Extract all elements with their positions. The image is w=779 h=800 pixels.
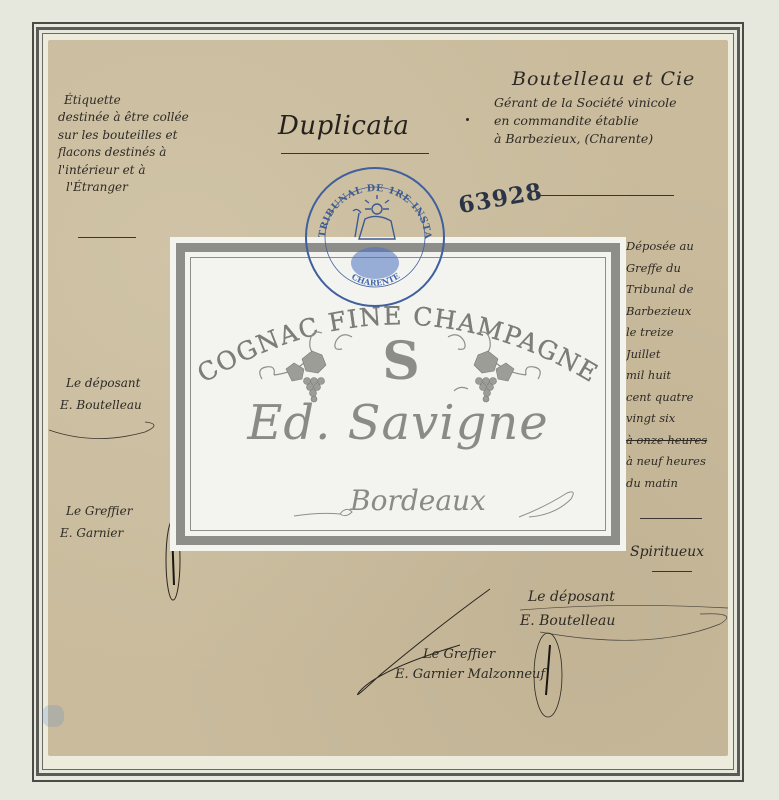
title-underline: [281, 153, 429, 154]
record-line: Juillet: [626, 344, 707, 366]
record-line: vingt six: [626, 408, 707, 430]
record-line: à onze heures: [626, 430, 707, 452]
record-line: Barbezieux: [626, 301, 707, 323]
underline: [536, 195, 674, 196]
ink-smudge: [42, 705, 64, 727]
deposit-record-note: Déposée au Greffe du Tribunal de Barbezi…: [626, 236, 707, 494]
signature-flourish: [45, 420, 165, 450]
company-line: en commandite établie: [494, 112, 695, 130]
duplicata-title: Duplicata: [278, 108, 409, 146]
company-name: Boutelleau et Cie: [494, 66, 695, 94]
label-purpose-note: Étiquette destinée à être collée sur les…: [58, 92, 218, 196]
company-line: Gérant de la Société vinicole: [494, 94, 695, 112]
note-line: l'Étranger: [58, 179, 218, 196]
underline: [78, 237, 136, 238]
record-line: du matin: [626, 473, 707, 495]
dot: [466, 118, 469, 121]
record-line: cent quatre: [626, 387, 707, 409]
depositor-company-note: Boutelleau et Cie Gérant de la Société v…: [494, 66, 695, 148]
note-line: l'intérieur et à: [58, 162, 218, 179]
signature-name: E. Boutelleau: [60, 394, 142, 416]
signature-paraph: [340, 585, 580, 725]
flourish-right: [515, 487, 585, 527]
record-line: Déposée au: [626, 236, 707, 258]
note-line: flacons destinés à: [58, 144, 218, 161]
company-line: à Barbezieux, (Charente): [494, 130, 695, 148]
flourish-left: [290, 502, 410, 522]
note-line: Étiquette: [58, 92, 218, 109]
underline: [652, 571, 692, 572]
underline: [640, 518, 702, 519]
signature-name: E. Garnier: [60, 522, 133, 544]
signature-role: Le Greffier: [60, 500, 133, 522]
left-depositor-signature: Le déposant E. Boutelleau: [60, 372, 142, 416]
signature-role: Le déposant: [60, 372, 142, 394]
note-line: destinée à être collée: [58, 109, 218, 126]
record-line: mil huit: [626, 365, 707, 387]
left-clerk-signature: Le Greffier E. Garnier: [60, 500, 133, 544]
monogram: S: [378, 332, 424, 392]
record-line: Tribunal de: [626, 279, 707, 301]
product-category: Spiritueux: [630, 542, 704, 562]
note-line: sur les bouteilles et: [58, 127, 218, 144]
record-line: à neuf heures: [626, 451, 707, 473]
record-line: Greffe du: [626, 258, 707, 280]
producer-name: Ed. Savigne: [170, 395, 626, 451]
cognac-bottle-label: COGNAC FINE CHAMPAGNE S: [170, 237, 626, 551]
record-line: le treize: [626, 322, 707, 344]
